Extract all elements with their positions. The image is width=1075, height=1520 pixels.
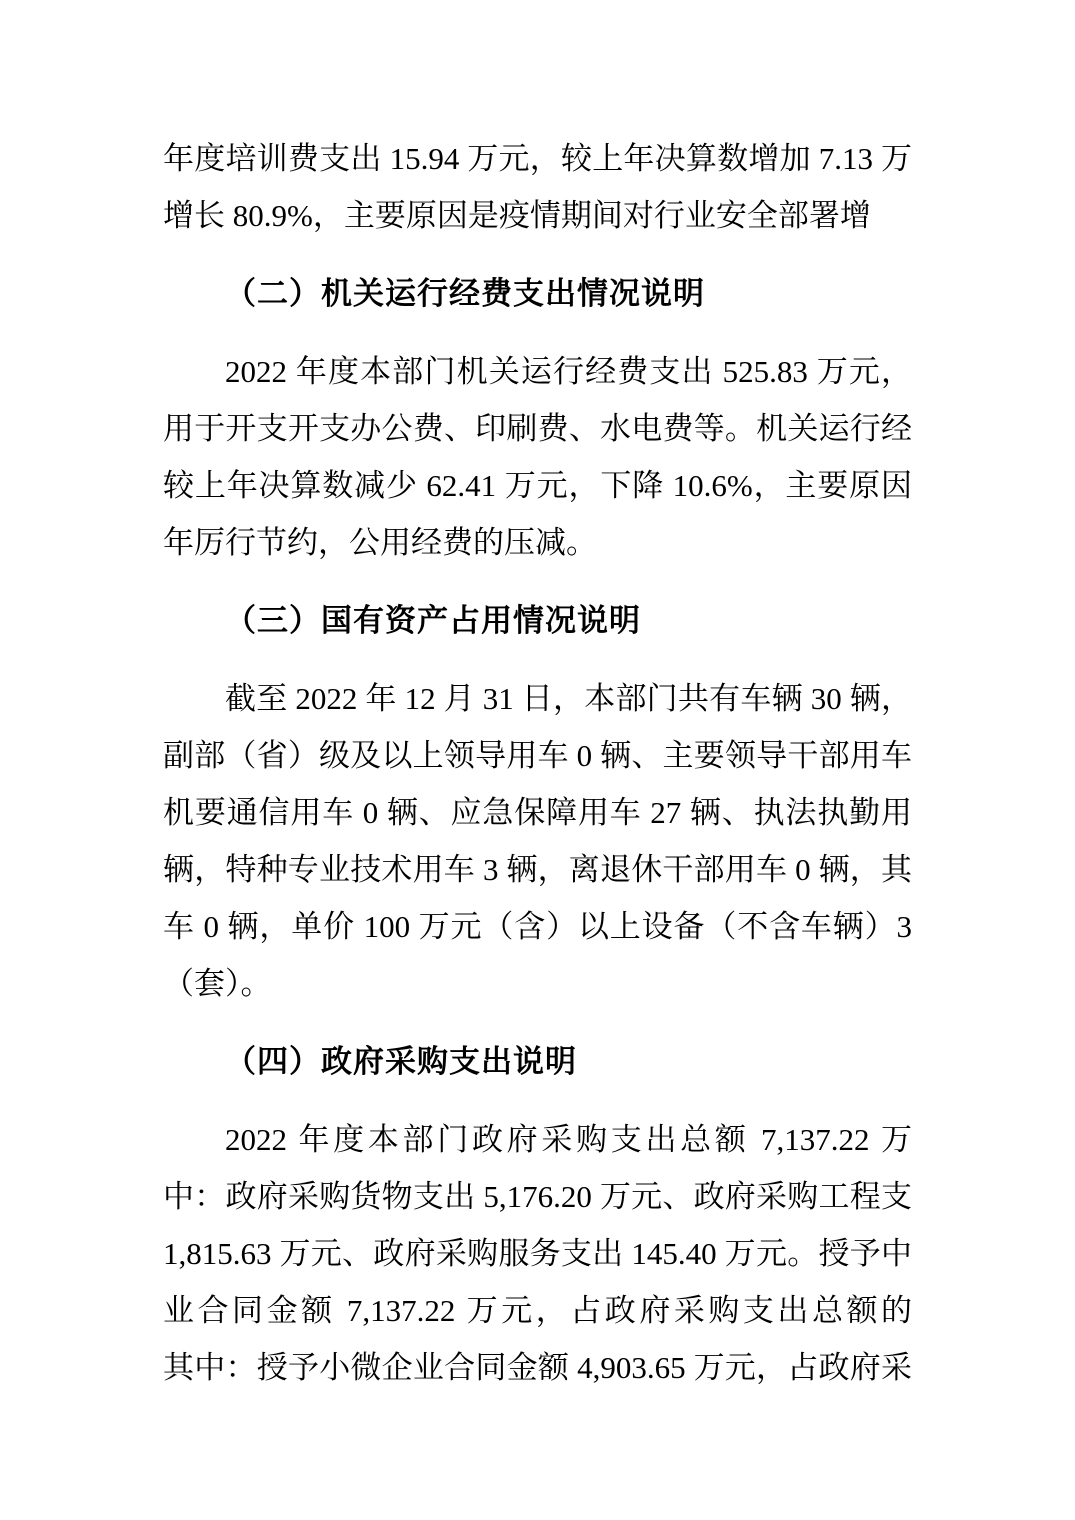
text-line: 年厉行节约，公用经费的压减。 [163, 514, 912, 571]
text-line: 2022 年度本部门机关运行经费支出 525.83 万元，主要 [163, 343, 912, 400]
heading-line: （二）机关运行经费支出情况说明 [163, 265, 912, 322]
heading-line: （三）国有资产占用情况说明 [163, 592, 912, 649]
text-line: 车 0 辆，单价 100 万元（含）以上设备（不含车辆）3 台 [163, 898, 912, 955]
text-line: 增长 80.9%，主要原因是疫情期间对行业安全部署增加。 [163, 187, 912, 244]
section-heading: （三）国有资产占用情况说明 [163, 592, 912, 649]
heading-line: （四）政府采购支出说明 [163, 1033, 912, 1090]
text-line: 截至 2022 年 12 月 31 日，本部门共有车辆 30 辆，其中， [163, 670, 912, 727]
text-line: 辆，特种专业技术用车 3 辆，离退休干部用车 0 辆，其他用 [163, 841, 912, 898]
text-line: 较上年决算数减少 62.41 万元，下降 10.6%，主要原因是本 [163, 457, 912, 514]
body-paragraph: 2022 年度本部门政府采购支出总额 7,137.22 万元，其中：政府采购货物… [163, 1111, 912, 1396]
section-heading: （四）政府采购支出说明 [163, 1033, 912, 1090]
body-paragraph: 2022 年度本部门机关运行经费支出 525.83 万元，主要用于开支开支办公费… [163, 343, 912, 571]
body-paragraph: 年度培训费支出 15.94 万元，较上年决算数增加 7.13 万元，增长 80.… [163, 130, 912, 244]
text-line: 其中：授予小微企业合同金额 4,903.65 万元，占政府采购支 [163, 1339, 912, 1396]
text-line: （套）。 [163, 955, 912, 1012]
text-line: 1,815.63 万元、政府采购服务支出 145.40 万元。授予中小企 [163, 1225, 912, 1282]
text-line: 副部（省）级及以上领导用车 0 辆、主要领导干部用车 0 辆、 [163, 727, 912, 784]
section-heading: （二）机关运行经费支出情况说明 [163, 265, 912, 322]
body-paragraph: 截至 2022 年 12 月 31 日，本部门共有车辆 30 辆，其中，副部（省… [163, 670, 912, 1012]
document-page: 年度培训费支出 15.94 万元，较上年决算数增加 7.13 万元，增长 80.… [0, 0, 1075, 1520]
text-line: 用于开支开支办公费、印刷费、水电费等。机关运行经费 [163, 400, 912, 457]
text-line: 业合同金额 7,137.22 万元，占政府采购支出总额的 100%， [163, 1282, 912, 1339]
text-line: 2022 年度本部门政府采购支出总额 7,137.22 万元，其 [163, 1111, 912, 1168]
text-line: 中：政府采购货物支出 5,176.20 万元、政府采购工程支出 [163, 1168, 912, 1225]
text-line: 年度培训费支出 15.94 万元，较上年决算数增加 7.13 万元， [163, 130, 912, 187]
document-body: 年度培训费支出 15.94 万元，较上年决算数增加 7.13 万元，增长 80.… [0, 0, 1075, 1396]
text-line: 机要通信用车 0 辆、应急保障用车 27 辆、执法执勤用车 0 [163, 784, 912, 841]
